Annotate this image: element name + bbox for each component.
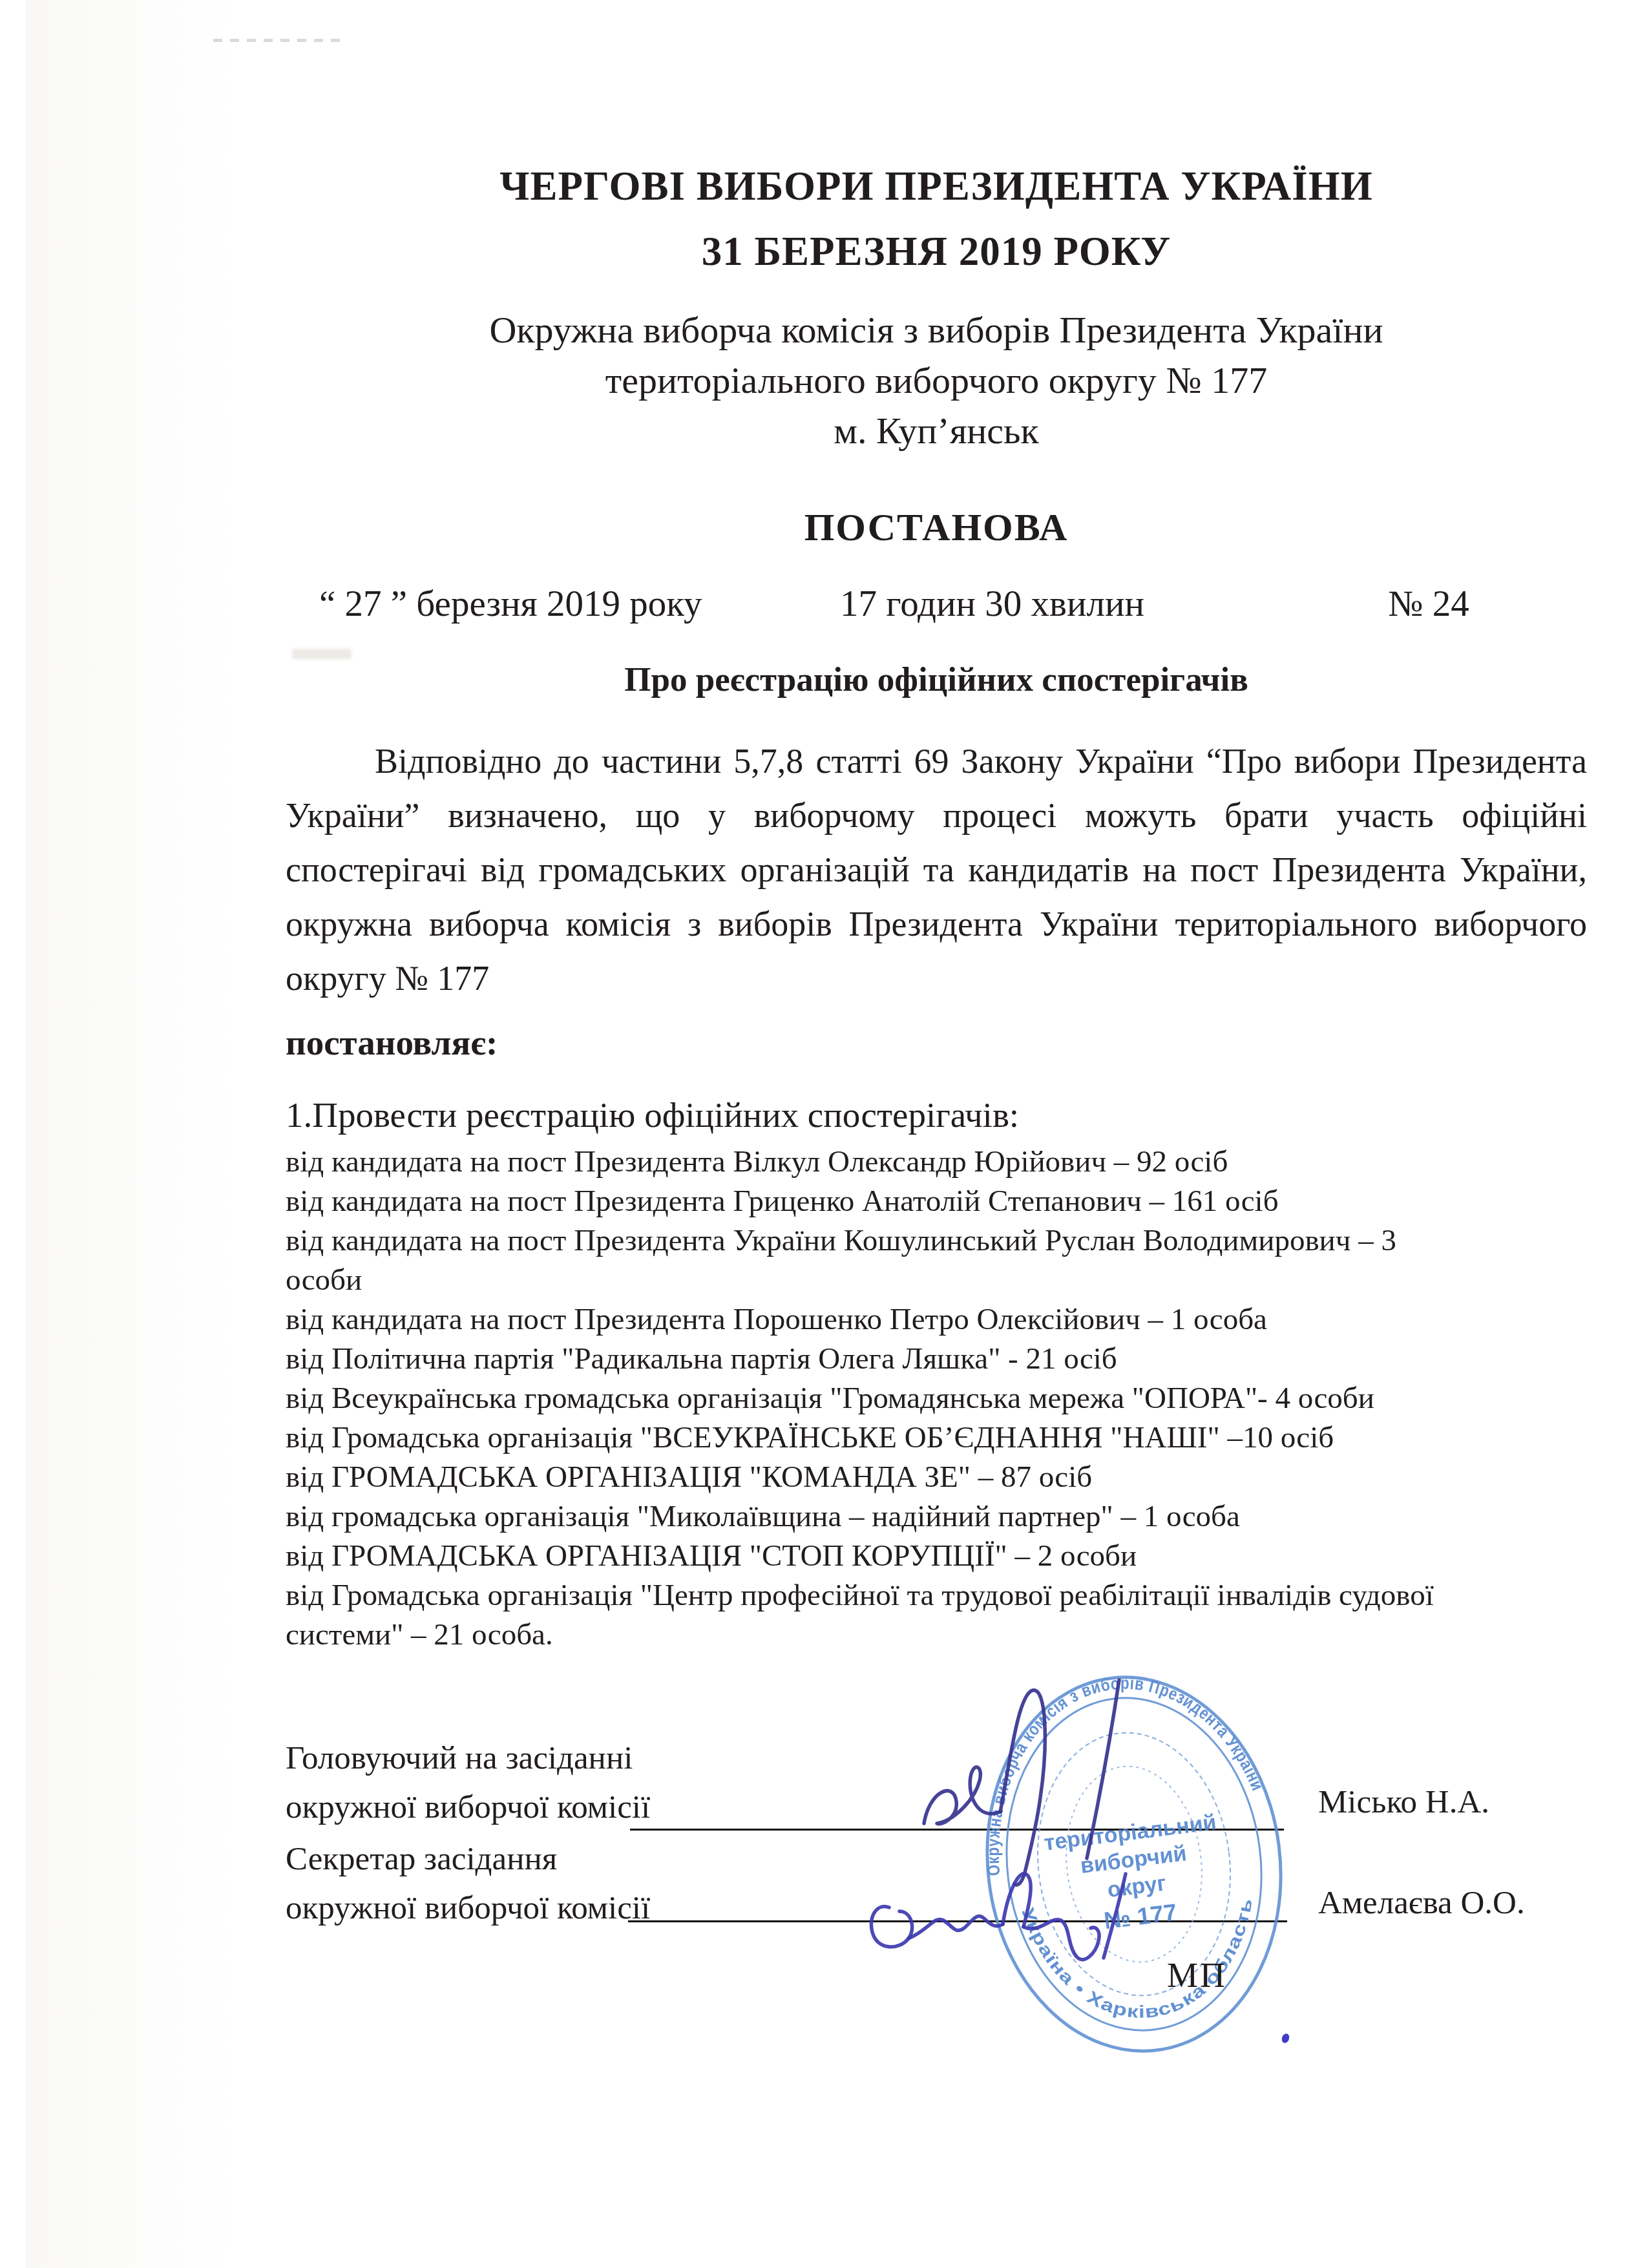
document-page: ЧЕРГОВІ ВИБОРИ ПРЕЗИДЕНТА УКРАЇНИ 31 БЕР… — [0, 0, 1649, 2268]
stamp-ring-text-top: Окружна виборча комісія з виборів Презид… — [979, 1670, 1274, 1878]
observer-line: від кандидата на пост Президента Гриценк… — [286, 1182, 1643, 1221]
commission-line-3: м. Куп’янськ — [286, 406, 1587, 456]
observers-list: від кандидата на пост Президента Вілкул … — [286, 1142, 1643, 1655]
observer-line: від ГРОМАДСЬКА ОРГАНІЗАЦІЯ "СТОП КОРУПЦІ… — [286, 1537, 1643, 1576]
chair-signature-line — [630, 1829, 1284, 1831]
scan-artifact-dashes — [213, 39, 346, 42]
observer-line: від Громадська організація "Центр профес… — [286, 1576, 1643, 1615]
observer-line: від кандидата на пост Президента Порошен… — [286, 1300, 1643, 1339]
observer-line: особи — [286, 1261, 1643, 1300]
meta-row: “ 27 ” березня 2019 року 17 годин 30 хви… — [0, 583, 1649, 629]
handwritten-signatures — [827, 1654, 1331, 2029]
observer-line: від кандидата на пост Президента України… — [286, 1221, 1643, 1261]
stamp-center-line-4: № 177 — [1102, 1899, 1178, 1934]
observer-line: від громадська організація "Миколаївщина… — [286, 1497, 1643, 1537]
scan-artifact-smudge — [292, 649, 352, 659]
stamp-center-line-2: виборчий — [1079, 1841, 1188, 1878]
commission-line-1: Окружна виборча комісія з виборів Презид… — [286, 305, 1587, 355]
secretary-signature-line — [628, 1920, 1287, 1922]
observer-line: від Політична партія "Радикальна партія … — [286, 1339, 1643, 1379]
svg-text:Україна • Харківська область: Україна • Харківська область — [1018, 1878, 1270, 2035]
subject-heading: Про реєстрацію офіційних спостерігачів — [286, 660, 1587, 699]
resolution-item: 1.Провести реєстрацію офіційних спостері… — [286, 1095, 1019, 1135]
resolves-word: постановляє: — [286, 1022, 498, 1063]
secretary-signature — [871, 1874, 1126, 1960]
chair-role-line-2: окружної виборчої комісії — [286, 1789, 650, 1826]
secretary-role-line-2: окружної виборчої комісії — [286, 1889, 650, 1927]
chair-role-line-1: Головуючий на засіданні — [286, 1739, 633, 1777]
round-stamp: Окружна виборча комісія з виборів Презид… — [979, 1670, 1289, 2061]
body-paragraph: Відповідно до частини 5,7,8 статті 69 За… — [286, 734, 1587, 1005]
observer-line: від Всеукраїнська громадська організація… — [286, 1379, 1643, 1418]
resolution-time: 17 годин 30 хвилин — [840, 583, 1144, 625]
stamp-center-line-1: територіальний — [1043, 1810, 1218, 1855]
observer-line: від Громадська організація "ВСЕУКРАЇНСЬК… — [286, 1418, 1643, 1458]
stamp-center-line-3: округ — [1106, 1871, 1168, 1902]
secretary-name: Амелаєва О.О. — [1318, 1884, 1525, 1922]
commission-line-2: територіального виборчого округу № 177 — [286, 355, 1587, 406]
secretary-role-line-1: Секретар засідання — [286, 1840, 557, 1878]
title-line-1: ЧЕРГОВІ ВИБОРИ ПРЕЗИДЕНТА УКРАЇНИ — [286, 154, 1587, 219]
svg-text:Окружна виборча комісія з вибо: Окружна виборча комісія з виборів Презид… — [979, 1670, 1274, 1878]
resolution-number: № 24 — [1388, 583, 1469, 625]
chair-name: Місько Н.А. — [1318, 1783, 1489, 1821]
observer-line: від кандидата на пост Президента Вілкул … — [286, 1142, 1643, 1182]
stamp-ring-text-bottom: Україна • Харківська область — [1018, 1878, 1270, 2035]
resolution-date: “ 27 ” березня 2019 року — [319, 583, 702, 625]
resolution-heading: ПОСТАНОВА — [286, 505, 1587, 550]
ink-dot — [1281, 2033, 1290, 2044]
document-title: ЧЕРГОВІ ВИБОРИ ПРЕЗИДЕНТА УКРАЇНИ 31 БЕР… — [286, 154, 1587, 284]
stamp-inner-ornament — [1055, 1758, 1212, 1969]
stamp-outer-ring — [979, 1670, 1289, 2061]
observer-line: системи" – 21 особа. — [286, 1615, 1643, 1655]
seal-placeholder: МП — [1167, 1955, 1227, 1995]
title-line-2: 31 БЕРЕЗНЯ 2019 РОКУ — [286, 219, 1587, 284]
commission-block: Окружна виборча комісія з виборів Презид… — [286, 305, 1587, 456]
chair-signature — [924, 1680, 1119, 1885]
scan-edge-artifact — [26, 0, 233, 2268]
stamp-mid-ring — [988, 1683, 1280, 2045]
observer-line: від ГРОМАДСЬКА ОРГАНІЗАЦІЯ "КОМАНДА ЗЕ" … — [286, 1458, 1643, 1497]
